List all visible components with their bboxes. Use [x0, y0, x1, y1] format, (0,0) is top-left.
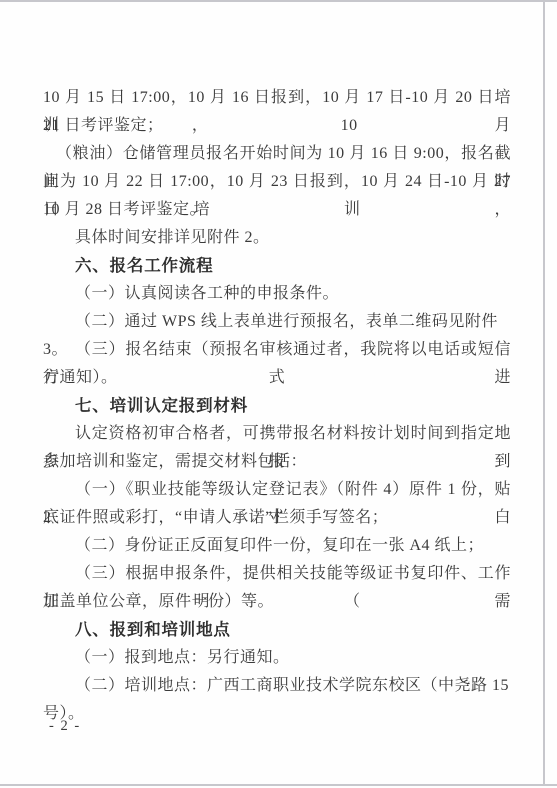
page-number: - 2 -	[49, 716, 81, 736]
page-edge-top	[0, 0, 557, 2]
section-heading: 八、报到和培训地点	[43, 616, 511, 644]
body-line: 间为 10 月 22 日 17:00，10 月 23 日报到，10 月 24 日…	[43, 168, 511, 196]
page-edge-right	[543, 0, 545, 785]
body-line: （粮油）仓储管理员报名开始时间为 10 月 16 日 9:00，报名截止时	[43, 140, 511, 168]
document-body-text: 10 月 15 日 17:00，10 月 16 日报到，10 月 17 日-10…	[43, 84, 511, 700]
body-line: （三）报名结束（预报名审核通过者，我院将以电话或短信方式进	[43, 336, 511, 364]
body-line: （二）身份证正反面复印件一份，复印在一张 A4 纸上；	[43, 532, 511, 560]
body-line: 10 月 15 日 17:00，10 月 16 日报到，10 月 17 日-10…	[43, 84, 511, 112]
section-heading: 七、培训认定报到材料	[43, 392, 511, 420]
body-line: （一）报到地点：另行通知。	[43, 644, 511, 672]
section-heading: 六、报名工作流程	[43, 252, 511, 280]
body-line: （三）根据申报条件，提供相关技能等级证书复印件、工作证明（需	[43, 560, 511, 588]
body-line: （一）认真阅读各工种的申报条件。	[43, 280, 511, 308]
page-edge-bottom	[0, 784, 557, 786]
body-line: 具体时间安排详见附件 2。	[43, 224, 511, 252]
body-line: （二）通过 WPS 线上表单进行预报名，表单二维码见附件 3。	[43, 308, 511, 336]
body-line: 认定资格初审合格者，可携带报名材料按计划时间到指定地点报到	[43, 420, 511, 448]
body-line: （一）《职业技能等级认定登记表》（附件 4）原件 1 份，贴 2 寸白	[43, 476, 511, 504]
body-line: （二）培训地点：广西工商职业技术学院东校区（中尧路 15 号）。	[43, 672, 511, 700]
